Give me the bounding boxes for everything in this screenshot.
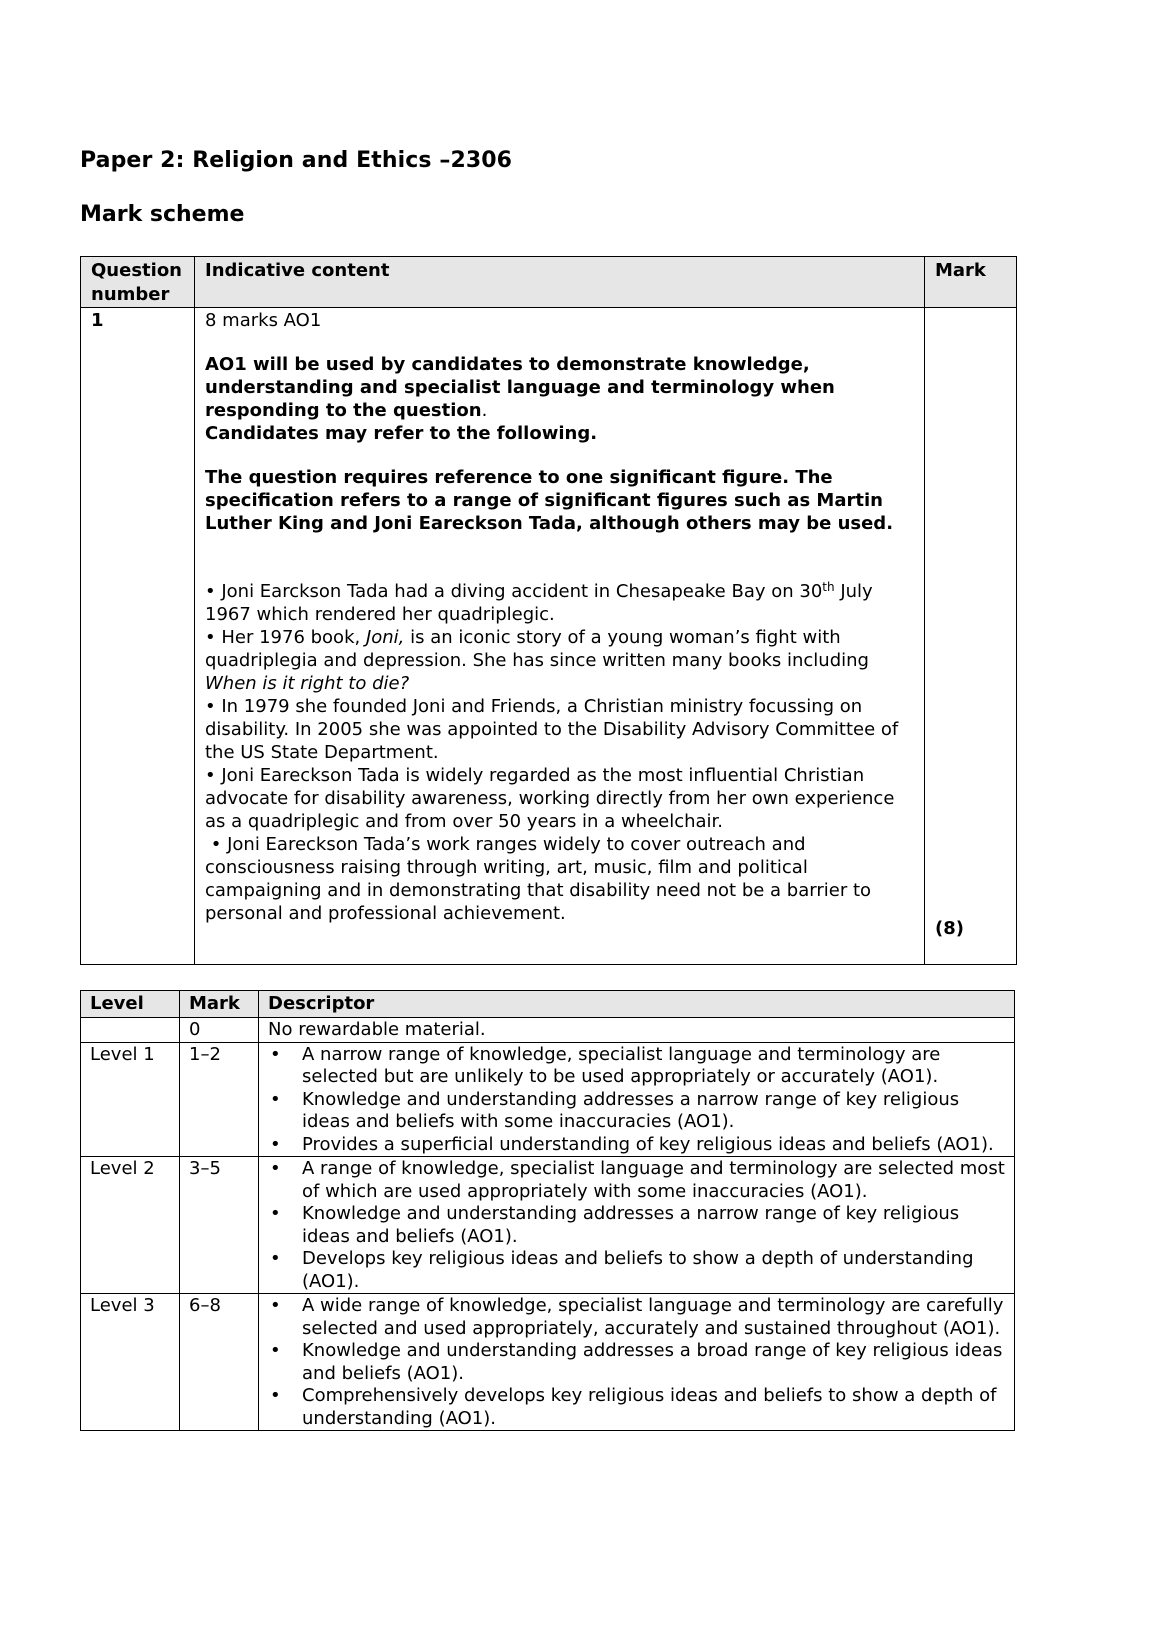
header-mark: Mark: [180, 991, 259, 1018]
descriptor-text: A range of knowledge, specialist languag…: [302, 1158, 1005, 1202]
bullet-text: Joni Earckson Tada had a diving accident…: [221, 581, 822, 602]
descriptor-text: Comprehensively develops key religious i…: [302, 1385, 997, 1429]
bullet-text: Joni Eareckson Tada’s work ranges widely…: [205, 834, 871, 924]
table-row: 1 8 marks AO1 AO1 will be used by candid…: [81, 308, 1017, 965]
superscript: th: [822, 580, 834, 594]
indicative-content-cell: 8 marks AO1 AO1 will be used by candidat…: [195, 308, 925, 965]
ao1-statement-end: .: [482, 400, 488, 421]
descriptor-list: •A range of knowledge, specialist langua…: [268, 1158, 1005, 1293]
descriptor-text: Knowledge and understanding addresses a …: [302, 1340, 1002, 1384]
bullet-text: In 1979 she founded Joni and Friends, a …: [205, 696, 898, 763]
bullet-icon: •: [270, 1134, 281, 1157]
book-title: When is it right to die?: [205, 673, 409, 694]
descriptor-text: A narrow range of knowledge, specialist …: [302, 1044, 940, 1088]
mark-range-cell: 6–8: [180, 1294, 259, 1431]
list-item: •A narrow range of knowledge, specialist…: [268, 1044, 1005, 1089]
ao1-statement-text: AO1 will be used by candidates to demons…: [205, 354, 835, 421]
list-item: •Knowledge and understanding addresses a…: [268, 1340, 1005, 1385]
bullet-icon: •: [270, 1340, 281, 1363]
list-item: •Provides a superficial understanding of…: [268, 1134, 1005, 1157]
list-item: •A wide range of knowledge, specialist l…: [268, 1295, 1005, 1340]
list-item: •Knowledge and understanding addresses a…: [268, 1203, 1005, 1248]
bullet-icon: •: [270, 1248, 281, 1271]
page-subtitle: Mark scheme: [80, 202, 244, 227]
descriptor-text: Develops key religious ideas and beliefs…: [302, 1248, 974, 1292]
mark-range-cell: 3–5: [180, 1157, 259, 1294]
bullet-text: Joni Eareckson Tada is widely regarded a…: [205, 765, 894, 832]
bullet-icon: •: [270, 1089, 281, 1112]
descriptor-text: Provides a superficial understanding of …: [302, 1134, 994, 1155]
level-cell: Level 2: [81, 1157, 180, 1294]
bullet-icon: •: [205, 765, 216, 786]
bullet-icon: •: [205, 627, 216, 648]
question-number: 1: [81, 308, 195, 965]
content-bullet: • Her 1976 book, Joni, is an iconic stor…: [205, 626, 912, 695]
descriptor-text: Knowledge and understanding addresses a …: [302, 1203, 959, 1247]
mark-range-cell: 1–2: [180, 1042, 259, 1157]
content-bullet: • Joni Eareckson Tada is widely regarded…: [205, 764, 912, 833]
mark-table-header-row: Question number Indicative content Mark: [81, 257, 1017, 308]
level-descriptor-table: Level Mark Descriptor 0 No rewardable ma…: [80, 990, 1015, 1431]
descriptor-cell: •A narrow range of knowledge, specialist…: [259, 1042, 1015, 1157]
table-row: Level 3 6–8 •A wide range of knowledge, …: [81, 1294, 1015, 1431]
list-item: •Comprehensively develops key religious …: [268, 1385, 1005, 1430]
list-item: •Develops key religious ideas and belief…: [268, 1248, 1005, 1293]
descriptor-cell: No rewardable material.: [259, 1018, 1015, 1043]
descriptor-list: •A wide range of knowledge, specialist l…: [268, 1295, 1005, 1430]
table-row: Level 2 3–5 •A range of knowledge, speci…: [81, 1157, 1015, 1294]
marks-line: 8 marks AO1: [205, 309, 912, 332]
bullet-icon: •: [270, 1385, 281, 1408]
bullet-icon: •: [270, 1203, 281, 1226]
descriptor-text: A wide range of knowledge, specialist la…: [302, 1295, 1003, 1339]
header-descriptor: Descriptor: [259, 991, 1015, 1018]
mark-range-cell: 0: [180, 1018, 259, 1043]
bullet-icon: •: [270, 1295, 281, 1318]
descriptor-cell: •A range of knowledge, specialist langua…: [259, 1157, 1015, 1294]
list-item: •A range of knowledge, specialist langua…: [268, 1158, 1005, 1203]
level-cell: Level 3: [81, 1294, 180, 1431]
content-bullet: • Joni Earckson Tada had a diving accide…: [205, 580, 912, 626]
content-bullet: • In 1979 she founded Joni and Friends, …: [205, 695, 912, 764]
header-mark: Mark: [925, 257, 1017, 308]
mark-scheme-table: Question number Indicative content Mark …: [80, 256, 1017, 965]
descriptor-cell: •A wide range of knowledge, specialist l…: [259, 1294, 1015, 1431]
list-item: •Knowledge and understanding addresses a…: [268, 1089, 1005, 1134]
header-indicative-content: Indicative content: [195, 257, 925, 308]
table-row: Level 1 1–2 •A narrow range of knowledge…: [81, 1042, 1015, 1157]
table-row: 0 No rewardable material.: [81, 1018, 1015, 1043]
question-requirement: The question requires reference to one s…: [205, 466, 912, 535]
bullet-icon: •: [270, 1044, 281, 1067]
ao1-statement: AO1 will be used by candidates to demons…: [205, 353, 912, 422]
header-level: Level: [81, 991, 180, 1018]
candidates-refer: Candidates may refer to the following.: [205, 422, 912, 445]
mark-value: (8): [935, 917, 964, 940]
level-table-header-row: Level Mark Descriptor: [81, 991, 1015, 1018]
bullet-icon: •: [205, 696, 216, 717]
bullet-icon: •: [270, 1158, 281, 1181]
level-cell: Level 1: [81, 1042, 180, 1157]
bullet-icon: •: [205, 581, 216, 602]
header-question-number: Question number: [81, 257, 195, 308]
descriptor-list: •A narrow range of knowledge, specialist…: [268, 1044, 1005, 1157]
page-title: Paper 2: Religion and Ethics –2306: [80, 148, 512, 173]
bullet-text: Her 1976 book,: [221, 627, 366, 648]
level-cell: [81, 1018, 180, 1043]
mark-cell: (8): [925, 308, 1017, 965]
book-title: Joni,: [366, 627, 404, 648]
descriptor-text: Knowledge and understanding addresses a …: [302, 1089, 959, 1133]
bullet-icon: •: [211, 834, 222, 855]
content-bullet: • Joni Eareckson Tada’s work ranges wide…: [205, 833, 912, 925]
